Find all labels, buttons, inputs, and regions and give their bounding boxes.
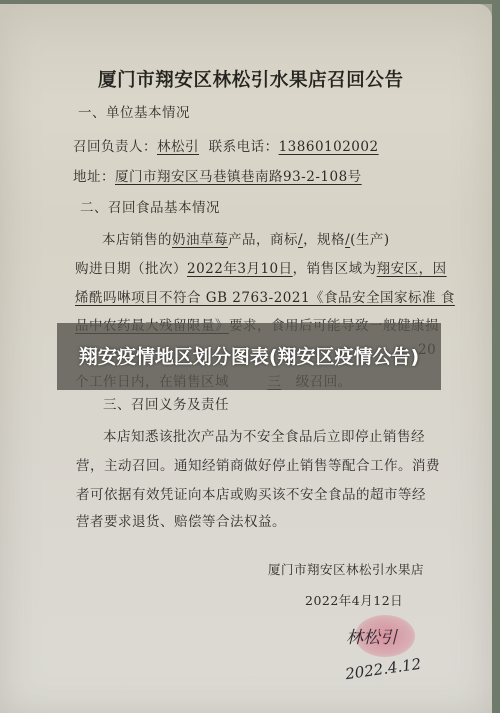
product-name: 奶油草莓 — [172, 232, 228, 248]
contact-line: 召回负责人：林松引 联系电话：13860102002 — [73, 135, 379, 155]
section1-heading: 一、单位基本情况 — [78, 101, 190, 121]
address-line: 地址：厦门市翔安区马巷镇巷南路93-2-108号 — [73, 165, 362, 185]
footer-org: 厦门市翔安区林松引水果店 — [268, 560, 424, 578]
text: ，因 — [419, 261, 447, 277]
text: 本店销售的 — [102, 232, 172, 248]
section3-line: 营者要求退货、赔偿等合法权益。 — [76, 510, 286, 530]
section3-heading: 三、召回义务及责任 — [103, 393, 229, 413]
phone-number: 13860102002 — [279, 139, 379, 155]
section2-heading: 二、召回食品基本情况 — [80, 196, 220, 216]
section3-line: 本店知悉该批次产品为不安全食品后立即停止销售经 — [103, 425, 425, 445]
footer-date: 2022年4月12日 — [305, 591, 403, 609]
signature: 林松引 — [346, 623, 397, 648]
contact-label: 召回负责人： — [73, 139, 157, 155]
section2-line2: 购进日期（批次）2022年3月10日，销售区域为翔安区，因 — [75, 257, 447, 277]
caption-text: 翔安疫情地区划分图表(翔安区疫情公告) — [69, 344, 429, 370]
sales-region: 翔安区 — [377, 261, 419, 277]
purchase-date: 2022年3月10日 — [187, 261, 293, 277]
address-label: 地址： — [73, 169, 115, 185]
section3-line: 营，主动召回。通知经销商做好停止销售等配合工作。消费 — [76, 454, 440, 474]
text: 产品，商标 — [228, 232, 298, 248]
text: ，规格 — [303, 232, 345, 248]
text: ，销售区域为 — [293, 261, 377, 277]
caption-overlay: 翔安疫情地区划分图表(翔安区疫情公告) — [57, 323, 441, 390]
text: (生产) — [350, 232, 390, 248]
address-value: 厦门市翔安区马巷镇巷南路93-2-108号 — [115, 169, 362, 185]
text: 购进日期（批次） — [75, 261, 187, 277]
section2-line1: 本店销售的奶油草莓产品，商标/，规格/(生产) — [102, 228, 390, 248]
section3-line: 者可依据有效凭证向本店或购买该不安全食品的超市等经 — [76, 483, 426, 503]
phone-label: 联系电话： — [209, 139, 279, 155]
section2-line3: 烯酰吗啉项目不符合 GB 2763-2021《食品安全国家标准 食 — [75, 286, 455, 306]
contact-name: 林松引 — [157, 139, 199, 155]
document-title: 厦门市翔安区林松引水果店召回公告 — [98, 66, 404, 92]
